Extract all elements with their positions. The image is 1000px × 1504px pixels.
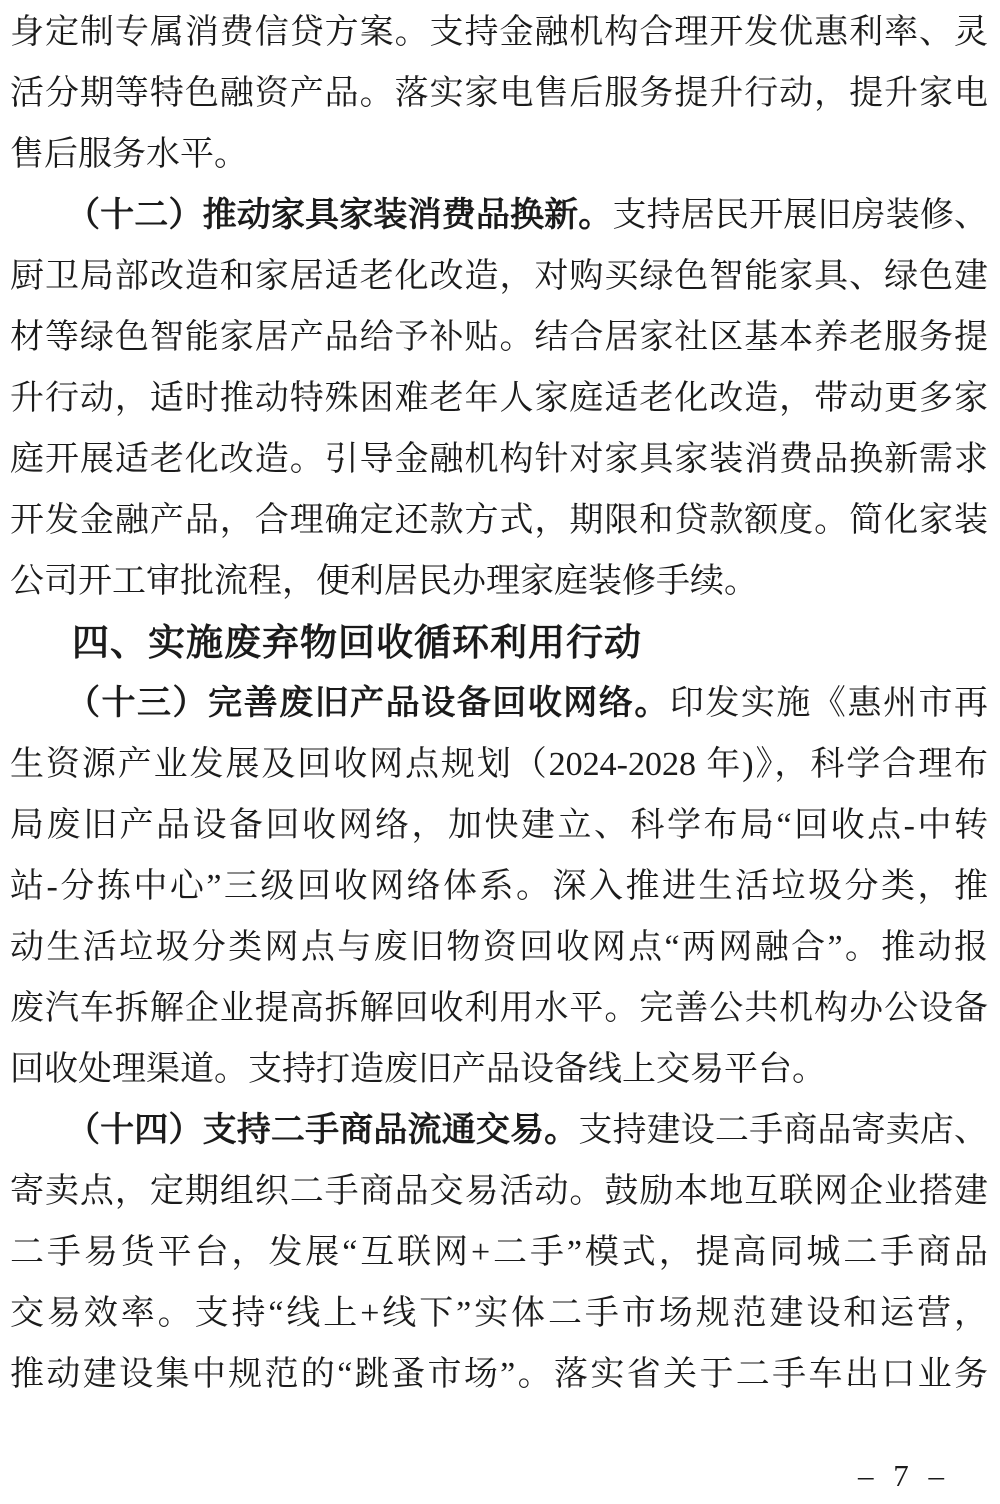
body-text: 支持居民开展旧房装修、 <box>612 197 988 234</box>
bold-lead-text: （十三）完善废旧产品设备回收网络。 <box>66 685 670 722</box>
body-text: 身定制专属消费信贷方案。支持金融机构合理开发优惠利率、灵 <box>10 14 988 51</box>
text-line: （十三）完善废旧产品设备回收网络。印发实施《惠州市再 <box>10 673 988 734</box>
text-line: 公司开工审批流程，便利居民办理家庭装修手续。 <box>10 551 988 612</box>
body-text: 公司开工审批流程，便利居民办理家庭装修手续。 <box>10 563 758 600</box>
text-line: （十二）推动家具家装消费品换新。支持居民开展旧房装修、 <box>10 185 988 246</box>
body-text: 寄卖点，定期组织二手商品交易活动。鼓励本地互联网企业搭建 <box>10 1173 988 1210</box>
section-heading: 四、实施废弃物回收循环利用行动 <box>10 612 988 673</box>
bold-lead-text: 四、实施废弃物回收循环利用行动 <box>72 622 642 663</box>
text-line: 二手易货平台，发展“互联网+二手”模式，提高同城二手商品 <box>10 1222 988 1283</box>
body-text: 二手易货平台，发展“互联网+二手”模式，提高同城二手商品 <box>10 1234 988 1271</box>
document-page: 身定制专属消费信贷方案。支持金融机构合理开发优惠利率、灵活分期等特色融资产品。落… <box>0 0 1000 1405</box>
text-line: 废汽车拆解企业提高拆解回收利用水平。完善公共机构办公设备 <box>10 978 988 1039</box>
body-text: 材等绿色智能家居产品给予补贴。结合居家社区基本养老服务提 <box>10 319 988 356</box>
text-line: 身定制专属消费信贷方案。支持金融机构合理开发优惠利率、灵 <box>10 2 988 63</box>
body-text: 售后服务水平。 <box>10 136 248 173</box>
text-line: 材等绿色智能家居产品给予补贴。结合居家社区基本养老服务提 <box>10 307 988 368</box>
body-text: 开发金融产品，合理确定还款方式，期限和贷款额度。简化家装 <box>10 502 988 539</box>
text-line: 交易效率。支持“线上+线下”实体二手市场规范建设和运营， <box>10 1283 988 1344</box>
body-text: 动生活垃圾分类网点与废旧物资回收网点“两网融合”。推动报 <box>10 929 988 966</box>
text-line: 推动建设集中规范的“跳蚤市场”。落实省关于二手车出口业务 <box>10 1344 988 1405</box>
page-number: – 7 – <box>858 1458 950 1494</box>
text-line: 站-分拣中心”三级回收网络体系。深入推进生活垃圾分类，推 <box>10 856 988 917</box>
text-line: 局废旧产品设备回收网络，加快建立、科学布局“回收点-中转 <box>10 795 988 856</box>
text-line: 动生活垃圾分类网点与废旧物资回收网点“两网融合”。推动报 <box>10 917 988 978</box>
text-line: 厨卫局部改造和家居适老化改造，对购买绿色智能家具、绿色建 <box>10 246 988 307</box>
text-line: 回收处理渠道。支持打造废旧产品设备线上交易平台。 <box>10 1039 988 1100</box>
bold-lead-text: （十四）支持二手商品流通交易。 <box>66 1112 578 1149</box>
text-line: 生资源产业发展及回收网点规划（2024-2028 年)》，科学合理布 <box>10 734 988 795</box>
body-text: 站-分拣中心”三级回收网络体系。深入推进生活垃圾分类，推 <box>10 868 988 905</box>
body-text: 废汽车拆解企业提高拆解回收利用水平。完善公共机构办公设备 <box>10 990 988 1027</box>
body-text: 升行动，适时推动特殊困难老年人家庭适老化改造，带动更多家 <box>10 380 988 417</box>
bold-lead-text: （十二）推动家具家装消费品换新。 <box>66 197 612 234</box>
body-text: 生资源产业发展及回收网点规划（2024-2028 年)》，科学合理布 <box>10 746 988 783</box>
text-line: 售后服务水平。 <box>10 124 988 185</box>
text-line: 庭开展适老化改造。引导金融机构针对家具家装消费品换新需求 <box>10 429 988 490</box>
text-line: 升行动，适时推动特殊困难老年人家庭适老化改造，带动更多家 <box>10 368 988 429</box>
body-text: 推动建设集中规范的“跳蚤市场”。落实省关于二手车出口业务 <box>10 1356 988 1393</box>
body-text: 印发实施《惠州市再 <box>670 685 988 722</box>
body-text: 厨卫局部改造和家居适老化改造，对购买绿色智能家具、绿色建 <box>10 258 988 295</box>
text-line: （十四）支持二手商品流通交易。支持建设二手商品寄卖店、 <box>10 1100 988 1161</box>
body-text: 交易效率。支持“线上+线下”实体二手市场规范建设和运营， <box>10 1295 988 1332</box>
body-text: 活分期等特色融资产品。落实家电售后服务提升行动，提升家电 <box>10 75 988 112</box>
text-line: 活分期等特色融资产品。落实家电售后服务提升行动，提升家电 <box>10 63 988 124</box>
body-text: 支持建设二手商品寄卖店、 <box>578 1112 988 1149</box>
document-body: 身定制专属消费信贷方案。支持金融机构合理开发优惠利率、灵活分期等特色融资产品。落… <box>10 2 988 1405</box>
body-text: 局废旧产品设备回收网络，加快建立、科学布局“回收点-中转 <box>10 807 988 844</box>
body-text: 庭开展适老化改造。引导金融机构针对家具家装消费品换新需求 <box>10 441 988 478</box>
text-line: 寄卖点，定期组织二手商品交易活动。鼓励本地互联网企业搭建 <box>10 1161 988 1222</box>
text-line: 开发金融产品，合理确定还款方式，期限和贷款额度。简化家装 <box>10 490 988 551</box>
body-text: 回收处理渠道。支持打造废旧产品设备线上交易平台。 <box>10 1051 826 1088</box>
